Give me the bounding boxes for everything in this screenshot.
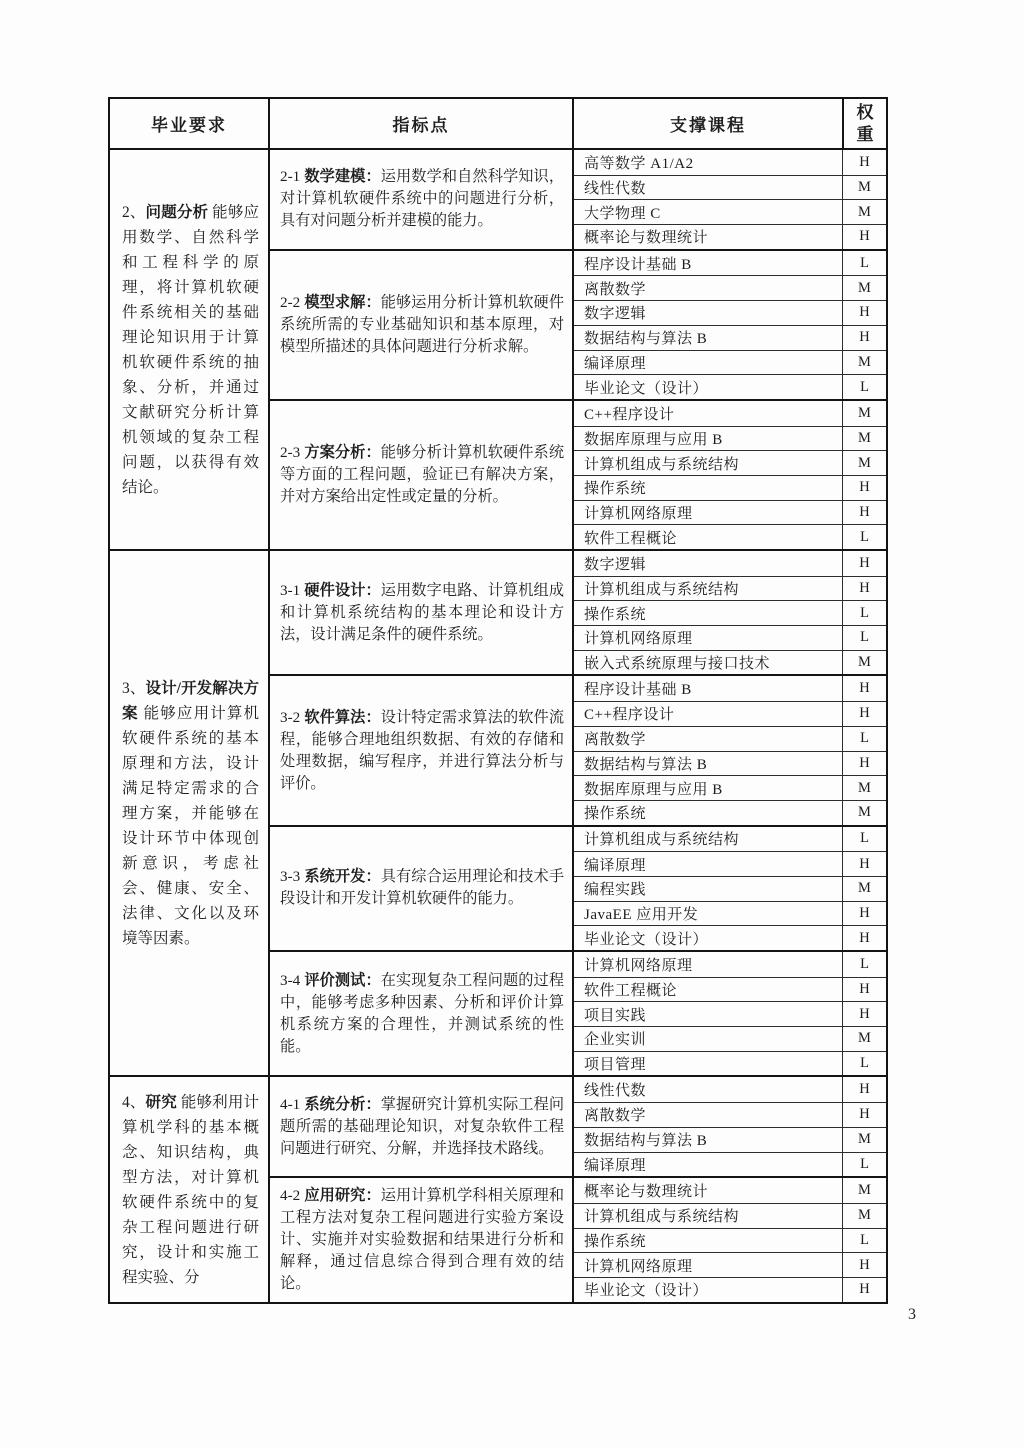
requirement-description: 能够利用计算机学科的基本概念、知识结构，典型方法，对计算机软硬件系统中的复杂工程… [122,1094,259,1286]
course-row: 计算机组成与系统结构M [574,1203,886,1228]
course-row: 毕业论文（设计）L [574,374,886,399]
course-name: 计算机网络原理 [574,501,842,525]
course-weight: H [842,752,886,776]
course-name: 数据库原理与应用 B [574,427,842,451]
course-name: 编程实践 [574,877,842,901]
course-name: C++程序设计 [574,401,842,426]
course-name: 嵌入式系统原理与接口技术 [574,651,842,675]
indicator-groups: 3-1硬件设计：运用数字电路、计算机组成和计算机系统结构的基本理论和设计方法，设… [270,551,886,1075]
course-weight: M [842,776,886,800]
indicator-code: 3-4 [280,972,300,989]
indicator-title: 软件算法： [304,709,381,726]
course-weight: H [842,978,886,1002]
course-name: 程序设计基础 B [574,251,842,276]
requirement-description: 能够应用计算机软硬件系统的基本原理和方法，设计满足特定需求的合理方案，并能够在设… [122,705,259,947]
course-name: 大学物理 C [574,200,842,224]
course-row: 操作系统H [574,475,886,500]
requirement-description: 能够应用数学、自然科学和工程科学的原理，将计算机软硬件系统相关的基础理论知识用于… [122,204,259,496]
course-weight: M [842,451,886,475]
course-row: 软件工程概论H [574,977,886,1002]
requirement-number: 3、 [122,680,145,697]
course-name: 软件工程概论 [574,978,842,1002]
indicator-group: 2-2模型求解：能够运用分析计算机软硬件系统所需的专业基础知识和基本原理，对模型… [270,249,886,399]
indicator-text: 3-4评价测试：在实现复杂工程问题的过程中，能够考虑多种因素、分析和评价计算机系… [280,970,564,1058]
course-row: 程序设计基础 BL [574,251,886,276]
course-row: 操作系统L [574,1228,886,1253]
indicator-text: 2-2模型求解：能够运用分析计算机软硬件系统所需的专业基础知识和基本原理，对模型… [280,292,564,358]
course-weight: H [842,1278,886,1302]
indicator-code: 4-2 [280,1187,300,1204]
course-name: 计算机组成与系统结构 [574,577,842,601]
course-row: 数据结构与算法 BH [574,325,886,350]
course-list: 数字逻辑H计算机组成与系统结构H操作系统L计算机网络原理L嵌入式系统原理与接口技… [574,551,886,674]
indicator-cell: 2-1数学建模：运用数学和自然科学知识，对计算机软硬件系统中的问题进行分析，具有… [270,150,574,249]
curriculum-matrix-table: 毕业要求 指标点 支撑课程 权重 2、问题分析 能够应用数学、自然科学和工程科学… [108,97,888,1304]
course-name: 高等数学 A1/A2 [574,150,842,175]
course-row: 编译原理H [574,851,886,876]
course-list: 线性代数H离散数学H数据结构与算法 BM编译原理L [574,1077,886,1176]
course-weight: M [842,200,886,224]
indicator-text: 2-1数学建模：运用数学和自然科学知识，对计算机软硬件系统中的问题进行分析，具有… [280,166,564,232]
course-row: 概率论与数理统计H [574,224,886,249]
indicator-text: 4-2应用研究：运用计算机学科相关原理和工程方法对复杂工程问题进行实验方案设计、… [280,1185,564,1295]
course-name: 离散数学 [574,1103,842,1127]
course-list: 计算机组成与系统结构L编译原理H编程实践MJavaEE 应用开发H毕业论文（设计… [574,827,886,950]
course-list: 程序设计基础 BL离散数学M数字逻辑H数据结构与算法 BH编译原理M毕业论文（设… [574,251,886,399]
table-row-group: 2、问题分析 能够应用数学、自然科学和工程科学的原理，将计算机软硬件系统相关的基… [110,150,886,549]
header-weight-label: 权重 [855,102,875,145]
course-row: 操作系统M [574,800,886,825]
requirement-title: 研究 [146,1094,177,1111]
header-weight: 权重 [842,99,886,148]
indicator-title: 模型求解： [304,294,381,311]
indicator-text: 2-3方案分析：能够分析计算机软硬件系统等方面的工程问题，验证已有解决方案，并对… [280,442,564,508]
course-name: 程序设计基础 B [574,676,842,701]
indicator-title: 数学建模： [304,168,381,185]
indicator-title: 评价测试： [304,972,381,989]
requirement-number: 4、 [122,1094,146,1111]
indicator-text: 4-1系统分析：掌握研究计算机实际工程问题所需的基础理论知识，对复杂软件工程问题… [280,1094,564,1160]
course-name: C++程序设计 [574,702,842,726]
course-row: 计算机网络原理L [574,625,886,650]
course-name: 项目实践 [574,1002,842,1026]
course-row: 离散数学M [574,275,886,300]
course-row: 毕业论文（设计）H [574,1277,886,1302]
course-row: C++程序设计H [574,701,886,726]
indicator-cell: 4-1系统分析：掌握研究计算机实际工程问题所需的基础理论知识，对复杂软件工程问题… [270,1077,574,1176]
course-row: 项目实践H [574,1001,886,1026]
course-row: 计算机组成与系统结构M [574,450,886,475]
header-course: 支撑课程 [574,99,842,148]
course-weight: M [842,1128,886,1152]
course-row: 编程实践M [574,876,886,901]
course-name: 计算机组成与系统结构 [574,827,842,852]
indicator-title: 硬件设计： [304,582,381,599]
course-row: 数据结构与算法 BM [574,1127,886,1152]
requirement-title: 问题分析 [146,204,209,221]
indicator-group: 4-2应用研究：运用计算机学科相关原理和工程方法对复杂工程问题进行实验方案设计、… [270,1176,886,1301]
course-row: 数据库原理与应用 BM [574,426,886,451]
indicator-title: 应用研究： [304,1187,381,1204]
course-row: 高等数学 A1/A2H [574,150,886,175]
course-row: 计算机组成与系统结构L [574,827,886,852]
course-row: 离散数学L [574,726,886,751]
requirement-cell: 2、问题分析 能够应用数学、自然科学和工程科学的原理，将计算机软硬件系统相关的基… [110,150,270,549]
course-weight: H [842,150,886,175]
indicator-cell: 3-4评价测试：在实现复杂工程问题的过程中，能够考虑多种因素、分析和评价计算机系… [270,952,574,1075]
indicator-cell: 2-2模型求解：能够运用分析计算机软硬件系统所需的专业基础知识和基本原理，对模型… [270,251,574,399]
course-row: 软件工程概论L [574,524,886,549]
indicator-title: 方案分析： [304,444,381,461]
course-weight: L [842,251,886,276]
course-weight: M [842,351,886,375]
course-name: 数字逻辑 [574,301,842,325]
indicator-cell: 3-2软件算法：设计特定需求算法的软件流程，能够合理地组织数据、有效的存储和处理… [270,676,574,824]
course-weight: H [842,852,886,876]
requirement-cell: 4、研究 能够利用计算机学科的基本概念、知识结构，典型方法，对计算机软硬件系统中… [110,1077,270,1301]
header-requirement: 毕业要求 [110,99,270,148]
course-weight: L [842,1153,886,1177]
course-weight: H [842,1002,886,1026]
course-row: 大学物理 CM [574,199,886,224]
course-list: 程序设计基础 BHC++程序设计H离散数学L数据结构与算法 BH数据库原理与应用… [574,676,886,824]
course-weight: M [842,427,886,451]
indicator-code: 3-2 [280,709,300,726]
course-row: 线性代数H [574,1077,886,1102]
indicator-text: 3-2软件算法：设计特定需求算法的软件流程，能够合理地组织数据、有效的存储和处理… [280,707,564,795]
course-row: JavaEE 应用开发H [574,901,886,926]
course-name: 毕业论文（设计） [574,375,842,399]
course-weight: L [842,601,886,625]
course-weight: L [842,1229,886,1253]
requirement-text: 4、研究 能够利用计算机学科的基本概念、知识结构，典型方法，对计算机软硬件系统中… [122,1090,259,1290]
indicator-code: 4-1 [280,1096,300,1113]
course-name: 编译原理 [574,351,842,375]
course-row: 项目管理L [574,1051,886,1076]
course-list: 概率论与数理统计M计算机组成与系统结构M操作系统L计算机网络原理H毕业论文（设计… [574,1178,886,1301]
course-weight: M [842,1027,886,1051]
course-name: 操作系统 [574,601,842,625]
course-name: 操作系统 [574,801,842,825]
indicator-code: 2-3 [280,444,300,461]
course-weight: H [842,902,886,926]
header-indicator: 指标点 [270,99,574,148]
course-name: 毕业论文（设计） [574,1278,842,1302]
indicator-code: 2-2 [280,294,300,311]
course-row: 数据结构与算法 BH [574,751,886,776]
course-weight: H [842,501,886,525]
course-weight: H [842,301,886,325]
course-name: 计算机网络原理 [574,626,842,650]
course-row: 企业实训M [574,1026,886,1051]
page-number: 3 [908,1306,916,1324]
requirement-text: 2、问题分析 能够应用数学、自然科学和工程科学的原理，将计算机软硬件系统相关的基… [122,200,259,500]
course-name: 数据结构与算法 B [574,326,842,350]
indicator-group: 3-2软件算法：设计特定需求算法的软件流程，能够合理地组织数据、有效的存储和处理… [270,674,886,824]
course-name: 毕业论文（设计） [574,926,842,950]
course-weight: H [842,1103,886,1127]
course-row: 毕业论文（设计）H [574,925,886,950]
indicator-groups: 2-1数学建模：运用数学和自然科学知识，对计算机软硬件系统中的问题进行分析，具有… [270,150,886,549]
table-body: 2、问题分析 能够应用数学、自然科学和工程科学的原理，将计算机软硬件系统相关的基… [110,150,886,1302]
indicator-group: 3-3系统开发：具有综合运用理论和技术手段设计和开发计算机软硬件的能力。计算机组… [270,825,886,950]
course-weight: M [842,1178,886,1203]
indicator-text: 3-1硬件设计：运用数字电路、计算机组成和计算机系统结构的基本理论和设计方法，设… [280,580,564,646]
course-name: 离散数学 [574,727,842,751]
course-list: 计算机网络原理L软件工程概论H项目实践H企业实训M项目管理L [574,952,886,1075]
indicator-group: 3-4评价测试：在实现复杂工程问题的过程中，能够考虑多种因素、分析和评价计算机系… [270,950,886,1075]
course-weight: L [842,952,886,977]
course-name: JavaEE 应用开发 [574,902,842,926]
requirement-number: 2、 [122,204,146,221]
course-name: 软件工程概论 [574,525,842,549]
course-name: 数字逻辑 [574,551,842,576]
course-name: 离散数学 [574,276,842,300]
table-row-group: 3、设计/开发解决方案 能够应用计算机软硬件系统的基本原理和方法，设计满足特定需… [110,549,886,1075]
course-weight: H [842,326,886,350]
course-name: 计算机组成与系统结构 [574,1204,842,1228]
requirement-text: 3、设计/开发解决方案 能够应用计算机软硬件系统的基本原理和方法，设计满足特定需… [122,676,259,951]
course-weight: H [842,926,886,950]
course-weight: L [842,827,886,852]
indicator-cell: 2-3方案分析：能够分析计算机软硬件系统等方面的工程问题，验证已有解决方案，并对… [270,401,574,549]
course-name: 编译原理 [574,852,842,876]
course-weight: H [842,1253,886,1277]
document-page: { "page": { "number": "3" }, "table": { … [0,0,1024,1448]
course-weight: M [842,276,886,300]
table-row-group: 4、研究 能够利用计算机学科的基本概念、知识结构，典型方法，对计算机软硬件系统中… [110,1075,886,1301]
course-row: 概率论与数理统计M [574,1178,886,1203]
course-name: 计算机网络原理 [574,952,842,977]
course-weight: H [842,1077,886,1102]
course-name: 企业实训 [574,1027,842,1051]
indicator-code: 2-1 [280,168,300,185]
course-weight: L [842,727,886,751]
course-list: 高等数学 A1/A2H线性代数M大学物理 CM概率论与数理统计H [574,150,886,249]
course-row: 数字逻辑H [574,551,886,576]
indicator-groups: 4-1系统分析：掌握研究计算机实际工程问题所需的基础理论知识，对复杂软件工程问题… [270,1077,886,1301]
course-name: 操作系统 [574,1229,842,1253]
course-name: 概率论与数理统计 [574,1178,842,1203]
indicator-group: 2-3方案分析：能够分析计算机软硬件系统等方面的工程问题，验证已有解决方案，并对… [270,399,886,549]
indicator-code: 3-3 [280,868,300,885]
requirement-cell: 3、设计/开发解决方案 能够应用计算机软硬件系统的基本原理和方法，设计满足特定需… [110,551,270,1075]
table-header-row: 毕业要求 指标点 支撑课程 权重 [110,99,886,150]
course-row: 编译原理M [574,350,886,375]
course-weight: M [842,176,886,200]
indicator-group: 3-1硬件设计：运用数字电路、计算机组成和计算机系统结构的基本理论和设计方法，设… [270,551,886,674]
indicator-title: 系统分析： [304,1096,381,1113]
course-name: 操作系统 [574,476,842,500]
course-row: 计算机网络原理H [574,1252,886,1277]
course-name: 概率论与数理统计 [574,225,842,249]
course-name: 项目管理 [574,1052,842,1076]
course-row: 程序设计基础 BH [574,676,886,701]
course-list: C++程序设计M数据库原理与应用 BM计算机组成与系统结构M操作系统H计算机网络… [574,401,886,549]
course-name: 数据库原理与应用 B [574,776,842,800]
course-row: 计算机网络原理L [574,952,886,977]
course-weight: L [842,626,886,650]
course-row: 数字逻辑H [574,300,886,325]
course-weight: H [842,476,886,500]
course-weight: H [842,225,886,249]
course-name: 线性代数 [574,1077,842,1102]
indicator-cell: 3-3系统开发：具有综合运用理论和技术手段设计和开发计算机软硬件的能力。 [270,827,574,950]
course-weight: M [842,1204,886,1228]
course-row: 数据库原理与应用 BM [574,775,886,800]
course-weight: M [842,801,886,825]
course-name: 线性代数 [574,176,842,200]
indicator-title: 系统开发： [304,868,381,885]
course-weight: H [842,676,886,701]
course-row: 计算机组成与系统结构H [574,576,886,601]
course-row: 线性代数M [574,175,886,200]
course-name: 计算机组成与系统结构 [574,451,842,475]
course-name: 数据结构与算法 B [574,1128,842,1152]
course-name: 数据结构与算法 B [574,752,842,776]
course-row: C++程序设计M [574,401,886,426]
indicator-cell: 4-2应用研究：运用计算机学科相关原理和工程方法对复杂工程问题进行实验方案设计、… [270,1178,574,1301]
course-weight: H [842,702,886,726]
course-row: 嵌入式系统原理与接口技术M [574,650,886,675]
course-name: 计算机网络原理 [574,1253,842,1277]
indicator-group: 4-1系统分析：掌握研究计算机实际工程问题所需的基础理论知识，对复杂软件工程问题… [270,1077,886,1176]
indicator-cell: 3-1硬件设计：运用数字电路、计算机组成和计算机系统结构的基本理论和设计方法，设… [270,551,574,674]
course-weight: M [842,651,886,675]
course-name: 编译原理 [574,1153,842,1177]
course-row: 计算机网络原理H [574,500,886,525]
course-weight: M [842,401,886,426]
indicator-code: 3-1 [280,582,300,599]
course-row: 操作系统L [574,600,886,625]
course-weight: H [842,551,886,576]
course-weight: H [842,577,886,601]
course-weight: L [842,525,886,549]
course-weight: M [842,877,886,901]
course-row: 离散数学H [574,1102,886,1127]
indicator-text: 3-3系统开发：具有综合运用理论和技术手段设计和开发计算机软硬件的能力。 [280,866,564,910]
indicator-group: 2-1数学建模：运用数学和自然科学知识，对计算机软硬件系统中的问题进行分析，具有… [270,150,886,249]
course-row: 编译原理L [574,1152,886,1177]
course-weight: L [842,375,886,399]
course-weight: L [842,1052,886,1076]
